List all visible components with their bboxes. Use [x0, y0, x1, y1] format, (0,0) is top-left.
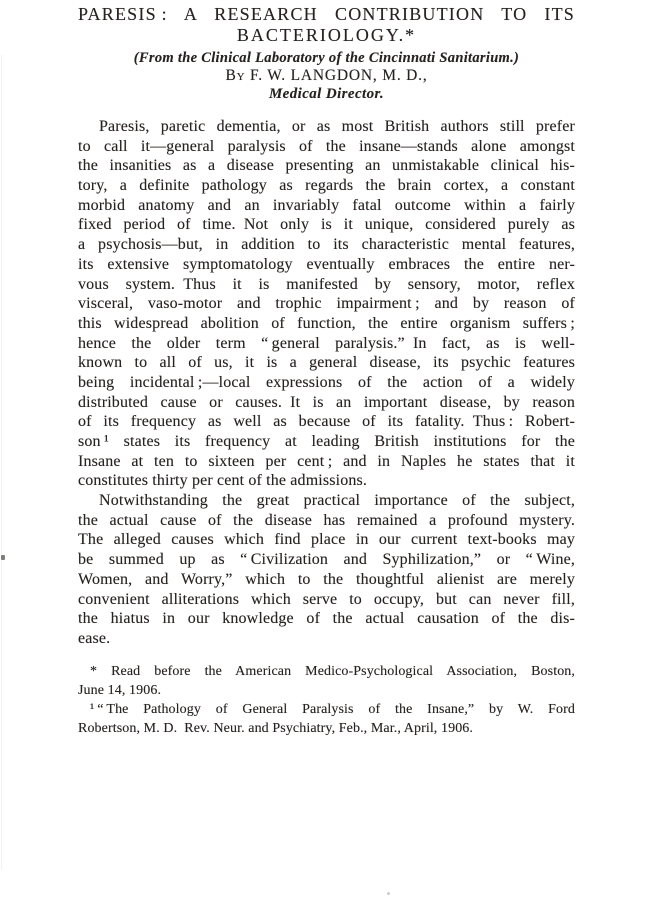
footnote-2: ¹ “ The Pathology of General Paralysis o… [78, 700, 575, 738]
text-line: distributed cause or causes. It is an im… [78, 393, 575, 413]
text-line: fixed period of time. Not only is it uni… [78, 215, 575, 235]
byline: By F. W. LANGDON, M. D., [78, 67, 575, 85]
text-line: vous system. Thus it is manifested by se… [78, 275, 575, 295]
text-line: Robertson, M. D. Rev. Neur. and Psychiat… [78, 719, 575, 738]
text-line: son ¹ states its frequency at leading Br… [78, 432, 575, 452]
article-title-line1: PARESIS : A RESEARCH CONTRIBUTION TO ITS [78, 4, 575, 25]
text-line: * Read before the American Medico-Psycho… [78, 662, 575, 681]
text-line: the actual cause of the disease has rema… [78, 511, 575, 531]
text-line: Paresis, paretic dementia, or as most Br… [78, 117, 575, 137]
text-line: ease. [78, 629, 575, 649]
text-line: convenient alliterations which serve to … [78, 590, 575, 610]
text-line: constitutes thirty per cent of the admis… [78, 471, 575, 491]
scan-speck [1, 555, 5, 560]
text-line: the insanities as a disease presenting a… [78, 156, 575, 176]
text-line: visceral, vaso-motor and trophic impairm… [78, 294, 575, 314]
text-line: this widespread abolition of function, t… [78, 314, 575, 334]
text-line: Women, and Worry,” which to the thoughtf… [78, 570, 575, 590]
footnote-1: * Read before the American Medico-Psycho… [78, 662, 575, 700]
text-line: a psychosis—but, in addition to its char… [78, 235, 575, 255]
text-line: ¹ “ The Pathology of General Paralysis o… [78, 700, 575, 719]
text-line: tory, a definite pathology as regards th… [78, 176, 575, 196]
scan-speck [387, 892, 390, 895]
article-title-line2: BACTERIOLOGY.* [78, 25, 575, 46]
scanned-document-page: PARESIS : A RESEARCH CONTRIBUTION TO ITS… [0, 0, 650, 898]
affiliation-line: (From the Clinical Laboratory of the Cin… [78, 49, 575, 67]
text-line: hence the older term “ general paralysis… [78, 334, 575, 354]
footnotes-block: * Read before the American Medico-Psycho… [78, 662, 575, 738]
text-line: Insane at ten to sixteen per cent ; and … [78, 452, 575, 472]
text-line: being incidental ;—local expressions of … [78, 373, 575, 393]
article-body: Paresis, paretic dementia, or as most Br… [78, 117, 575, 649]
text-line: of its frequency as well as because of i… [78, 412, 575, 432]
paragraph-2: Notwithstanding the great practical impo… [78, 491, 575, 649]
text-line: the hiatus in our knowledge of the actua… [78, 609, 575, 629]
text-line: to call it—general paralysis of the insa… [78, 137, 575, 157]
text-line: its extensive symptomatology eventually … [78, 255, 575, 275]
text-line: Notwithstanding the great practical impo… [78, 491, 575, 511]
article-header: PARESIS : A RESEARCH CONTRIBUTION TO ITS… [78, 4, 575, 104]
text-line: morbid anatomy and an invariably fatal o… [78, 196, 575, 216]
scan-edge-artifact [1, 55, 2, 870]
byline-role: Medical Director. [78, 85, 575, 104]
page-content: PARESIS : A RESEARCH CONTRIBUTION TO ITS… [78, 4, 575, 738]
text-line: known to all of us, it is a general dise… [78, 353, 575, 373]
text-line: June 14, 1906. [78, 681, 575, 700]
byline-prefix: By [225, 67, 245, 84]
byline-name: F. W. LANGDON, M. D., [250, 67, 427, 84]
paragraph-1: Paresis, paretic dementia, or as most Br… [78, 117, 575, 491]
text-line: The alleged causes which find place in o… [78, 530, 575, 550]
text-line: be summed up as “ Civilization and Syphi… [78, 550, 575, 570]
